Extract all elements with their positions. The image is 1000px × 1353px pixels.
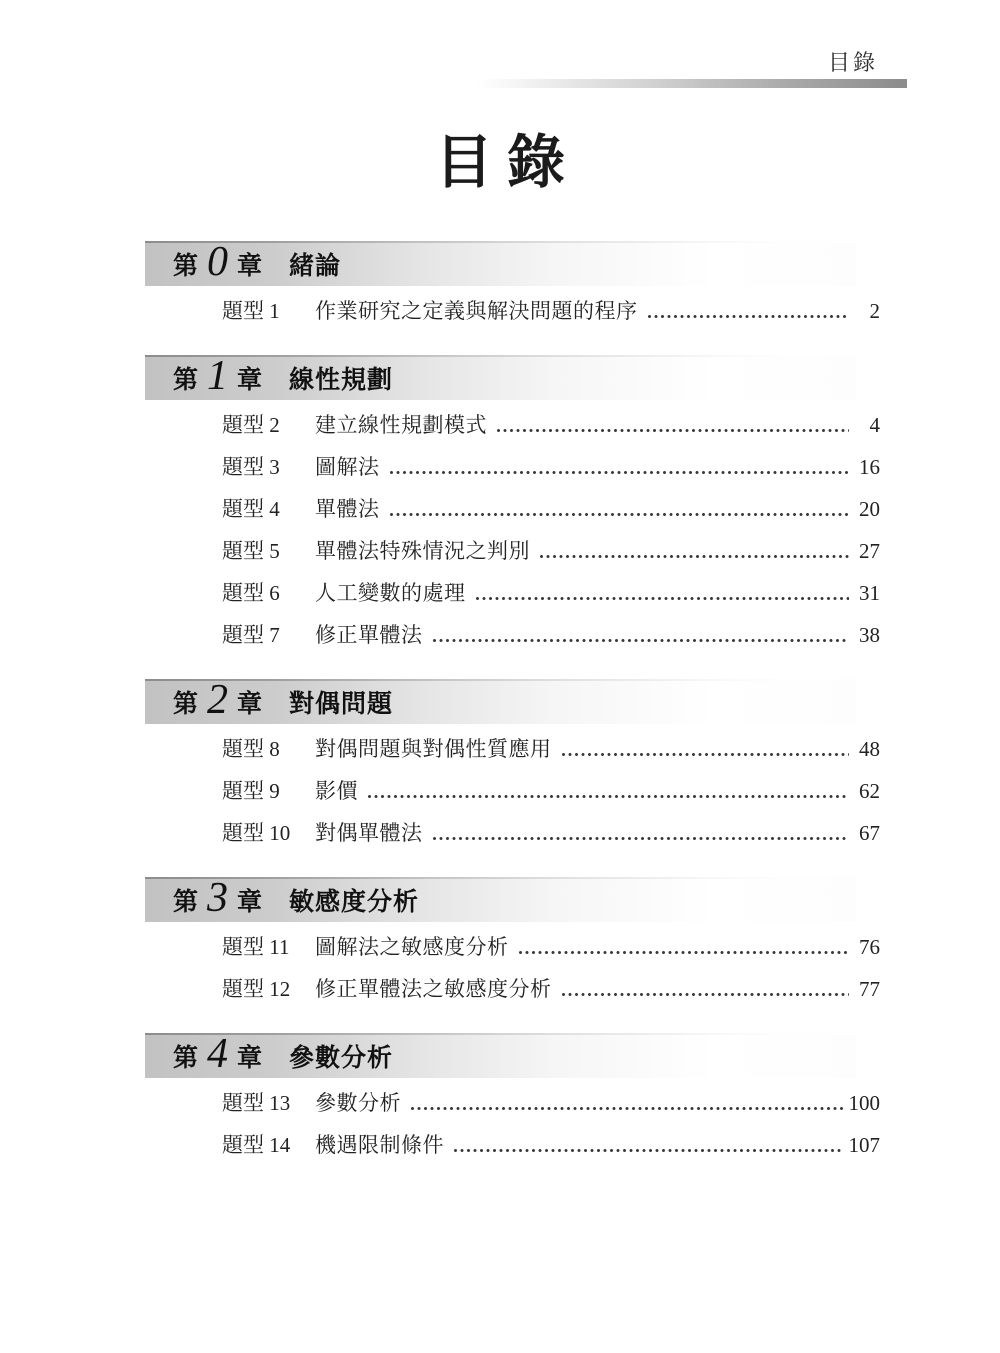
dot-leader: [476, 597, 850, 600]
running-header-label: 目錄: [0, 50, 878, 76]
item-label: 題型 12: [222, 973, 315, 1003]
chapter-heading-4: 第 4 章 參數分析: [145, 1033, 856, 1078]
page-number: 20: [854, 497, 880, 522]
item-title: 人工變數的處理: [315, 577, 466, 607]
chapter-title: 線性規劃: [289, 360, 393, 396]
page-number: 38: [854, 623, 880, 648]
page-number: 16: [854, 455, 880, 480]
item-label: 題型 10: [222, 817, 315, 847]
dot-leader: [519, 951, 850, 954]
chapter-prefix: 第: [173, 882, 198, 918]
toc-item: 題型 5 單體法特殊情況之判別 27: [222, 535, 880, 577]
dot-leader: [411, 1107, 844, 1110]
toc-item: 題型 4 單體法 20: [222, 493, 880, 535]
toc-page: 目錄 目錄 第 0 章 緒論 題型 1 作業研究之定義與解決問題的程序 2 第 …: [0, 0, 1000, 1353]
item-label: 題型 1: [222, 295, 315, 325]
chapter-suffix: 章: [237, 684, 262, 720]
item-title: 參數分析: [315, 1087, 401, 1117]
page-number: 2: [854, 299, 880, 324]
chapter-prefix: 第: [173, 684, 198, 720]
toc-item: 題型 2 建立線性規劃模式 4: [222, 409, 880, 451]
page-number: 48: [854, 737, 880, 762]
item-title: 對偶問題與對偶性質應用: [315, 733, 552, 763]
chapter-heading-0: 第 0 章 緒論: [145, 241, 856, 286]
item-title: 機遇限制條件: [315, 1129, 444, 1159]
toc-item: 題型 8 對偶問題與對偶性質應用 48: [222, 733, 880, 775]
page-number: 27: [854, 539, 880, 564]
item-label: 題型 14: [222, 1129, 315, 1159]
chapter-heading-1: 第 1 章 線性規劃: [145, 355, 856, 400]
toc-item: 題型 12 修正單體法之敏感度分析 77: [222, 973, 880, 1015]
item-title: 建立線性規劃模式: [315, 409, 487, 439]
item-title: 單體法特殊情況之判別: [315, 535, 530, 565]
dot-leader: [540, 555, 849, 558]
item-title: 修正單體法之敏感度分析: [315, 973, 552, 1003]
chapter-suffix: 章: [237, 360, 262, 396]
toc-content: 第 0 章 緒論 題型 1 作業研究之定義與解決問題的程序 2 第 1 章 線性…: [145, 241, 881, 1171]
toc-item: 題型 3 圖解法 16: [222, 451, 880, 493]
dot-leader: [562, 753, 850, 756]
dot-leader: [562, 993, 850, 996]
toc-item: 題型 6 人工變數的處理 31: [222, 577, 880, 619]
item-title: 作業研究之定義與解決問題的程序: [315, 295, 638, 325]
chapter-prefix: 第: [173, 246, 198, 282]
chapter-number: 1: [207, 355, 228, 397]
chapter-number: 0: [207, 241, 228, 283]
page-number: 77: [854, 977, 880, 1002]
chapter-prefix: 第: [173, 360, 198, 396]
page-number: 31: [854, 581, 880, 606]
chapter-title: 參數分析: [289, 1038, 393, 1074]
item-title: 圖解法: [315, 451, 380, 481]
item-title: 單體法: [315, 493, 380, 523]
toc-item: 題型 14 機遇限制條件 107: [222, 1129, 880, 1171]
chapter-suffix: 章: [237, 882, 262, 918]
dot-leader: [433, 639, 850, 642]
page-number: 100: [849, 1091, 881, 1116]
item-label: 題型 5: [222, 535, 315, 565]
chapter-prefix: 第: [173, 1038, 198, 1074]
page-number: 107: [849, 1133, 881, 1158]
item-title: 對偶單體法: [315, 817, 423, 847]
item-label: 題型 9: [222, 775, 315, 805]
item-title: 修正單體法: [315, 619, 423, 649]
item-label: 題型 4: [222, 493, 315, 523]
running-header-rule: [477, 79, 907, 88]
dot-leader: [648, 315, 850, 318]
toc-item: 題型 1 作業研究之定義與解決問題的程序 2: [222, 295, 880, 337]
item-label: 題型 7: [222, 619, 315, 649]
item-label: 題型 3: [222, 451, 315, 481]
item-label: 題型 13: [222, 1087, 315, 1117]
page-number: 62: [854, 779, 880, 804]
chapter-number: 4: [207, 1033, 228, 1075]
dot-leader: [454, 1149, 844, 1152]
page-title: 目錄: [0, 130, 1000, 197]
item-label: 題型 11: [222, 931, 315, 961]
dot-leader: [368, 795, 849, 798]
chapter-heading-2: 第 2 章 對偶問題: [145, 679, 856, 724]
chapter-suffix: 章: [237, 1038, 262, 1074]
page-number: 67: [854, 821, 880, 846]
chapter-title: 緒論: [289, 246, 341, 282]
chapter-number: 3: [207, 877, 228, 919]
item-label: 題型 8: [222, 733, 315, 763]
chapter-title: 對偶問題: [289, 684, 393, 720]
page-number: 4: [854, 413, 880, 438]
dot-leader: [390, 471, 850, 474]
dot-leader: [390, 513, 850, 516]
chapter-heading-3: 第 3 章 敏感度分析: [145, 877, 856, 922]
toc-item: 題型 7 修正單體法 38: [222, 619, 880, 661]
chapter-title: 敏感度分析: [289, 882, 419, 918]
item-title: 影價: [315, 775, 358, 805]
item-label: 題型 2: [222, 409, 315, 439]
dot-leader: [497, 429, 849, 432]
toc-item: 題型 13 參數分析 100: [222, 1087, 880, 1129]
toc-item: 題型 10 對偶單體法 67: [222, 817, 880, 859]
running-header: 目錄: [0, 0, 1000, 88]
toc-item: 題型 11 圖解法之敏感度分析 76: [222, 931, 880, 973]
item-label: 題型 6: [222, 577, 315, 607]
chapter-suffix: 章: [237, 246, 262, 282]
item-title: 圖解法之敏感度分析: [315, 931, 509, 961]
page-number: 76: [854, 935, 880, 960]
chapter-number: 2: [207, 679, 228, 721]
toc-item: 題型 9 影價 62: [222, 775, 880, 817]
dot-leader: [433, 837, 850, 840]
